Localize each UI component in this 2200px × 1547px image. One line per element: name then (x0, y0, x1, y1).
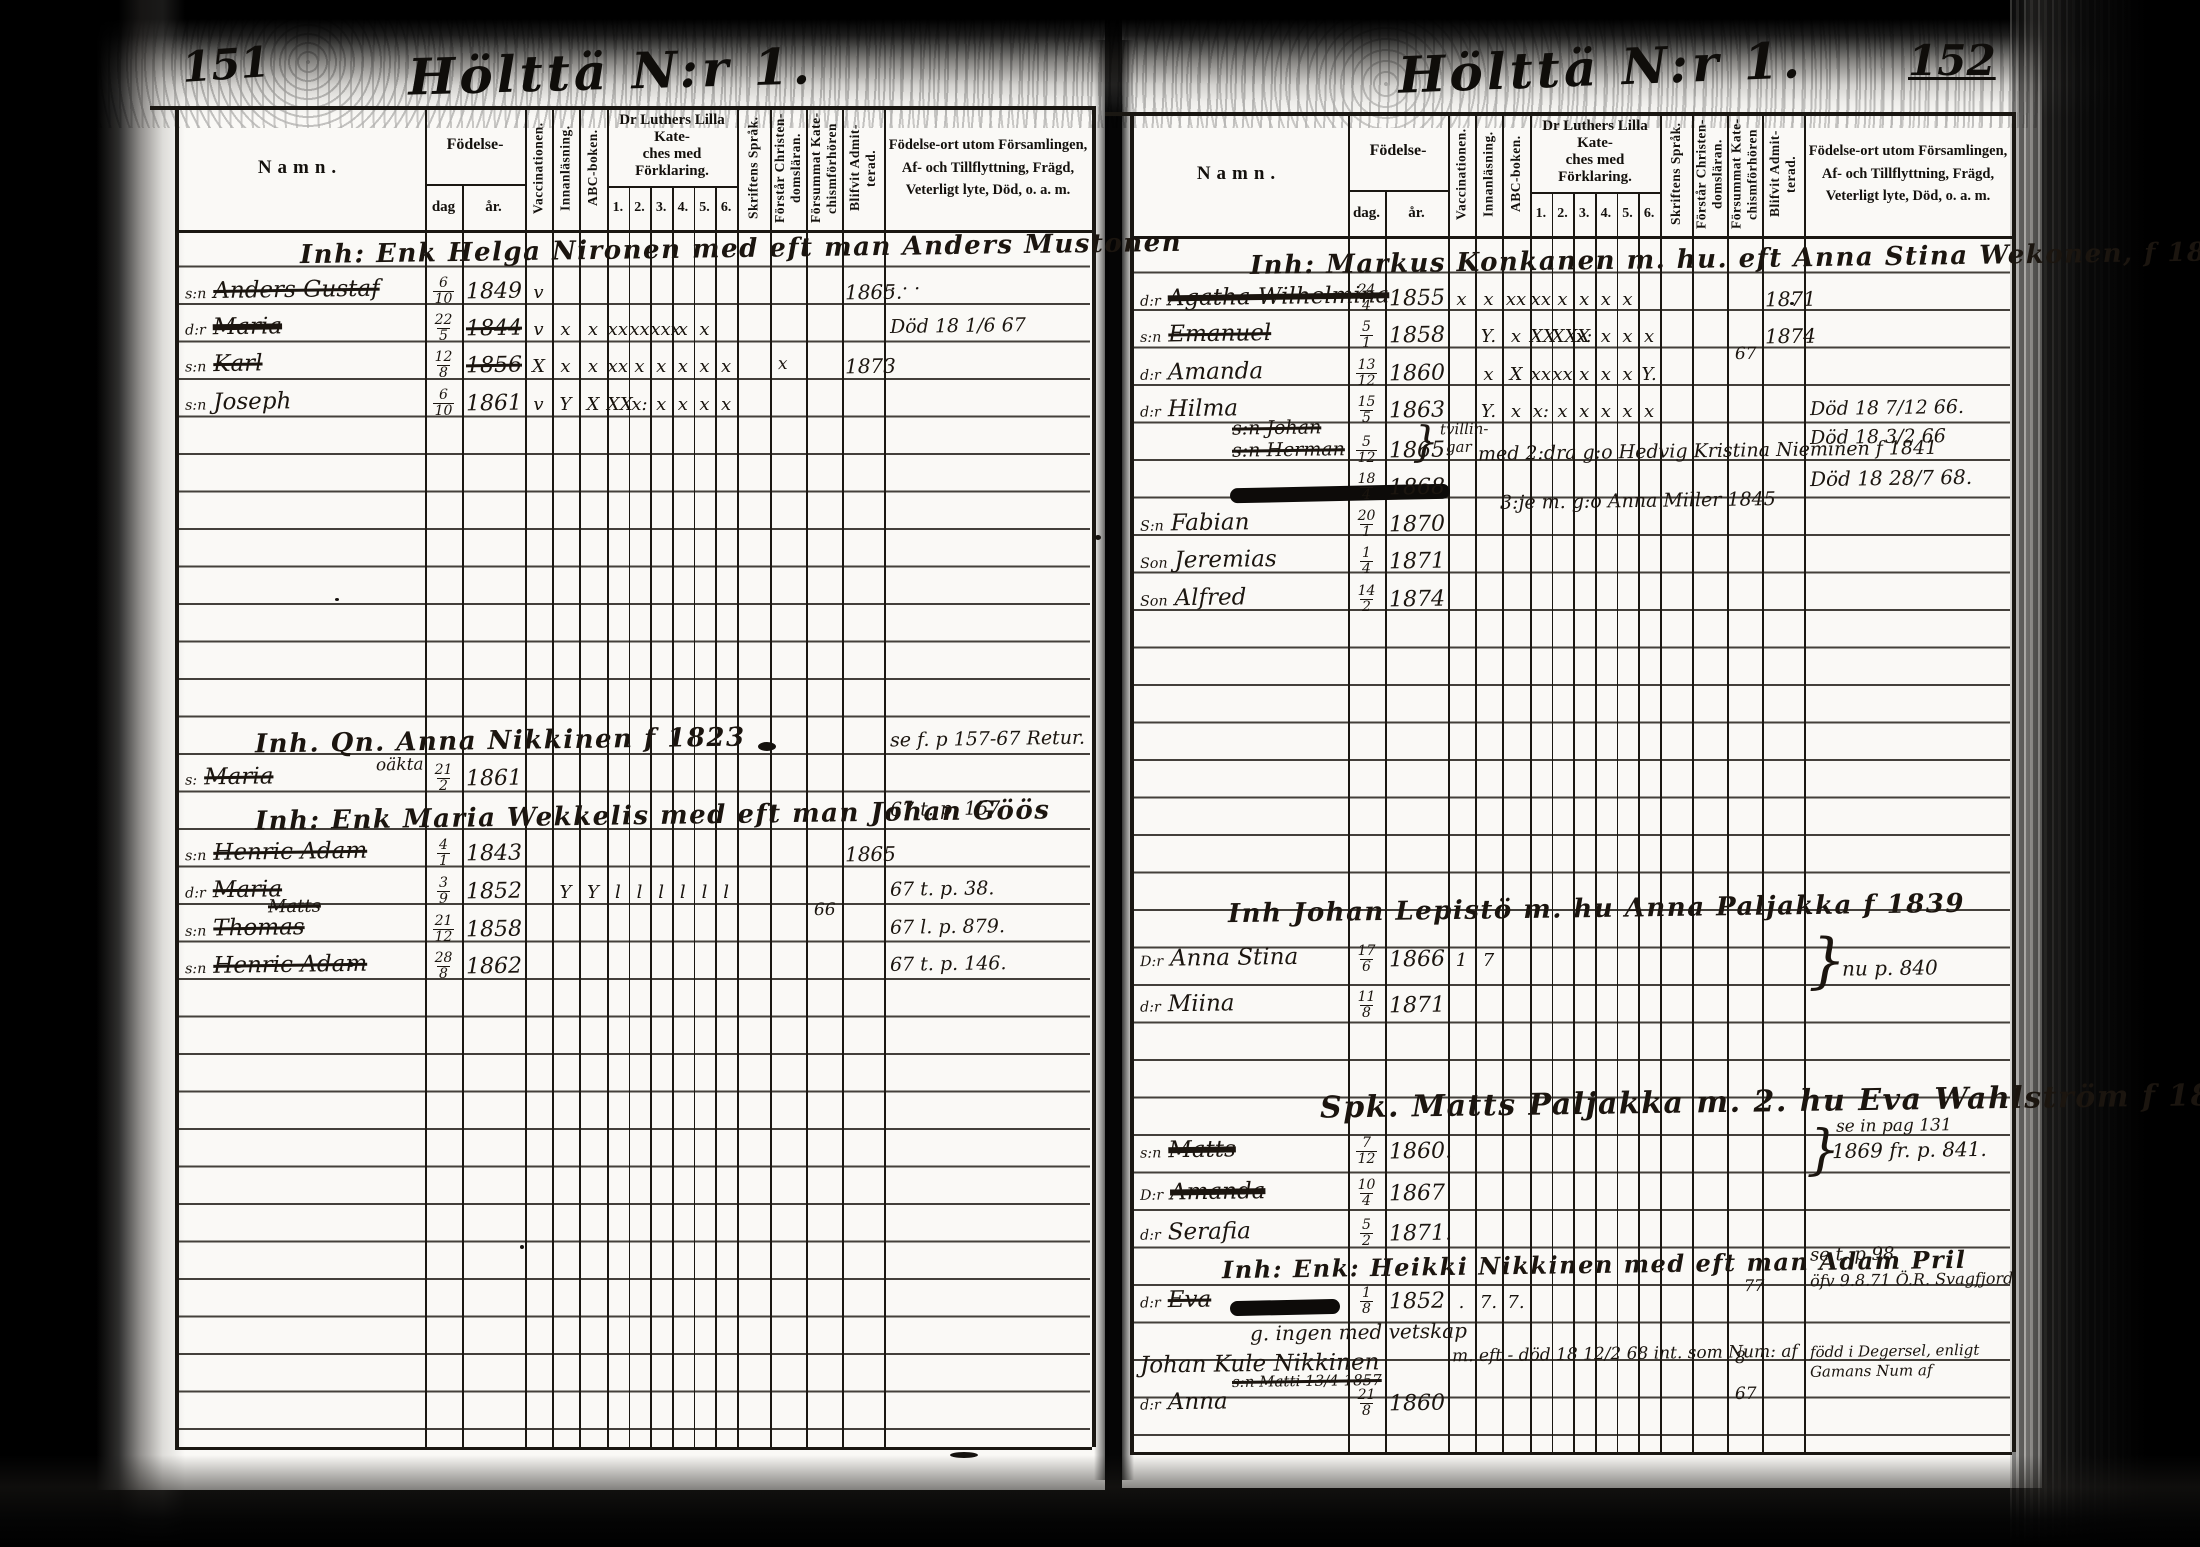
mark: x (650, 394, 672, 415)
mark: X (1502, 364, 1530, 385)
birth-year: 1871 (1389, 550, 1445, 574)
person-row-name: D:rAnna Stina (1140, 945, 1299, 971)
mark: 1 (1448, 950, 1475, 971)
annotation: tvillin- (1440, 422, 1489, 438)
mark: x (715, 356, 737, 377)
mark: Y (579, 882, 607, 903)
mark: xx (1552, 364, 1574, 385)
left-page-number: 151 (180, 37, 271, 92)
column-header-abc-boken: ABC-boken. (579, 106, 607, 230)
table-rule-vertical (2012, 112, 2016, 1452)
mark: l (607, 882, 629, 903)
mark: Y. (1638, 364, 1660, 385)
mark: x: (1530, 401, 1552, 422)
column-header-kateches-4: 4. (1595, 192, 1617, 236)
person-row-name: s:nKarl (185, 351, 263, 376)
mark: x (1502, 401, 1530, 422)
lesson-marks: vxxxxxxxxxxx (525, 319, 715, 340)
person-row-name: s:nMatts (1140, 1137, 1236, 1162)
mark: x (1617, 326, 1639, 347)
column-header-dag: dag (425, 184, 462, 230)
mark: Y (552, 882, 579, 903)
annotation: } (1808, 930, 1847, 994)
ink-speck (758, 742, 776, 751)
person-row-name: s:nEmanuel (1140, 321, 1272, 347)
person-prefix: s:n (185, 397, 207, 413)
mark: x (650, 356, 672, 377)
mark: x (1448, 289, 1475, 310)
column-header-vaccinationen: Vaccinationen. (1448, 112, 1475, 236)
left-page-title: Hölttä N:r 1. (407, 36, 814, 106)
column-header-kateches-2: 2. (629, 186, 651, 230)
person-row-name: d:rMiina (1140, 991, 1235, 1016)
person-prefix: D:r (1140, 1188, 1163, 1204)
mark: xx (607, 356, 629, 377)
column-header-dag: dag. (1348, 190, 1385, 236)
column-header-kateches-3: 3. (650, 186, 672, 230)
birth-day: 14 (1348, 546, 1385, 576)
birth-year: 1852 (1389, 1290, 1445, 1314)
mark: x (552, 356, 579, 377)
person-prefix: Son (1140, 556, 1168, 572)
mark: v (525, 394, 552, 415)
annotation: g. ingen med vetskap (1250, 1320, 1467, 1344)
margin-note: Död 18 28/7 68. (1810, 467, 1972, 490)
person-prefix: d:r (1140, 404, 1161, 420)
person-prefix: d:r (185, 885, 206, 901)
birth-day: 212 (425, 763, 462, 793)
birth-year: 1860 (1389, 362, 1445, 386)
ink-blot (1230, 1299, 1340, 1316)
lesson-marks: vYXXXx:xxxx (525, 394, 737, 415)
row-note: · · · (890, 280, 920, 300)
mark: XX (1530, 326, 1552, 347)
mark: x (629, 356, 651, 377)
annotation: oäkta (376, 757, 424, 776)
person-name: Thomas (213, 914, 305, 941)
birth-year: 1866 (1389, 948, 1445, 972)
mark: x (672, 394, 694, 415)
birth-day: 41 (425, 838, 462, 868)
person-name: Amanda (1168, 358, 1264, 385)
mark: x (672, 319, 694, 340)
mark: xx (1530, 289, 1552, 310)
person-row-name: s:nJoseph (185, 389, 292, 415)
birth-year: 1860. (1389, 1140, 1452, 1164)
birth-year: 1862 (466, 955, 522, 979)
mark: x (1552, 289, 1574, 310)
mark: 7. (1502, 1292, 1530, 1313)
column-header-skriftens-sprak: Skriftens Språk. (737, 106, 770, 230)
mark: xx (607, 319, 629, 340)
person-name: Jeremias (1174, 546, 1276, 573)
birth-year: 1860 (1389, 1392, 1445, 1416)
lesson-marks: xxxxxxxxxx (1448, 289, 1638, 310)
person-name: Karl (213, 350, 263, 377)
birth-day: 18 (1348, 1286, 1385, 1316)
admitted-year: 1874 (1765, 326, 1816, 348)
person-name: Henric Adam (213, 951, 367, 979)
lesson-marks: .7.7. (1448, 1292, 1530, 1313)
mark (1448, 401, 1475, 422)
person-row-name: SonJeremias (1140, 547, 1277, 573)
person-row-name: D:rAmanda (1140, 1179, 1266, 1205)
mark: XX (607, 394, 629, 415)
mark: Y (552, 394, 579, 415)
table-rule-horizontal (175, 1447, 1092, 1450)
birth-year: 1868 (1389, 476, 1445, 500)
margin-note: Död 18 3/2 66 (1810, 427, 1946, 449)
person-name: Eva (1168, 1287, 1212, 1314)
column-header-fodelse: Födelse- (425, 106, 525, 184)
mark: x (1573, 289, 1595, 310)
ink-speck (950, 1452, 978, 1458)
person-prefix: Son (1140, 593, 1168, 609)
row-note: 67 t. p. 146. (890, 954, 1007, 976)
mark: x (1595, 401, 1617, 422)
person-prefix: s:n (185, 848, 207, 864)
person-row-name: s:nHenric Adam (185, 839, 368, 866)
lesson-marks: YYllllll (525, 882, 737, 903)
birth-day: 118 (1348, 990, 1385, 1020)
column-header-innanlasning: Innanläsning. (552, 106, 579, 230)
mark: x (1595, 326, 1617, 347)
column-header-innanlasning: Innanläsning. (1475, 112, 1502, 236)
mark: XXX (1552, 326, 1574, 347)
mark: x (1638, 401, 1660, 422)
person-name: Alfred (1174, 584, 1246, 611)
column-header-kateches-5: 5. (1617, 192, 1639, 236)
mark: v (525, 319, 552, 340)
birth-day: 288 (425, 951, 462, 981)
lesson-marks: v (525, 282, 552, 303)
table-rule-vertical (1092, 106, 1096, 1447)
person-name: Matts (1168, 1136, 1236, 1163)
annotation: 77 (1744, 1278, 1765, 1295)
mark: 7 (1475, 950, 1502, 971)
birth-year: 1858 (466, 918, 522, 942)
annotation: se in pag 131 (1836, 1117, 1952, 1136)
mark: . (1448, 1292, 1475, 1313)
mark: x (1475, 289, 1502, 310)
birth-day: 244 (1348, 283, 1385, 313)
birth-day: 2112 (425, 914, 462, 944)
mark: xx (1502, 289, 1530, 310)
mark (1448, 364, 1475, 385)
ink-speck (335, 598, 339, 601)
admitted-year: 1865 (845, 844, 896, 866)
column-header-forsummat-katechismforhoren: Försummat Kate- chismförhören (806, 106, 842, 230)
column-header-forsummat-katechismforhoren: Försummat Kate- chismförhören (1727, 112, 1762, 236)
person-name: Emanuel (1168, 320, 1271, 347)
mark: l (650, 882, 672, 903)
lesson-marks: Xxxxxxxxxx (525, 356, 737, 377)
birth-day: 52 (1348, 1218, 1385, 1248)
birth-day: 128 (425, 350, 462, 380)
column-header-blifvit-admitterad: Blifvit Admit- terad. (842, 106, 884, 230)
column-header-vaccinationen: Vaccinationen. (525, 106, 552, 230)
column-header-fodelseort-notes: Födelse-ort utom Församlingen, Af- och T… (1804, 112, 2012, 236)
mark: xx (1530, 364, 1552, 385)
column-mark: 66 (814, 902, 836, 920)
row-note: Död 18 1/6 67 (890, 316, 1026, 338)
birth-year: 1861 (466, 767, 522, 791)
column-header-kateches-4: 4. (672, 186, 694, 230)
birth-year: 1874 (1389, 588, 1445, 612)
birth-day: 218 (1348, 1388, 1385, 1418)
mark: x (694, 319, 716, 340)
person-row-name: s:nHenric Adam (185, 952, 368, 979)
column-header-kateches-6: 6. (1638, 192, 1660, 236)
margin-note: se f. p 157-67 Retur. (890, 729, 1085, 752)
mark: x (1595, 289, 1617, 310)
mark: x: (629, 394, 651, 415)
column-header-skriftens-sprak: Skriftens Språk. (1660, 112, 1692, 236)
person-row-name: d:rAnna (1140, 1389, 1228, 1414)
lesson-marks: 17 (1448, 950, 1502, 971)
row-note: 67 t. p. 38. (890, 879, 995, 900)
person-row-name: d:rAmanda (1140, 359, 1263, 385)
right-page-number: 152 (1908, 36, 1996, 85)
person-prefix: D:r (1140, 954, 1163, 970)
mark: l (694, 882, 716, 903)
column-header-kateches-5: 5. (694, 186, 716, 230)
mark: l (672, 882, 694, 903)
annotation: 1869 fr. p. 841. (1832, 1139, 1987, 1162)
person-name: Maria (213, 313, 283, 340)
column-header-kateches-6: 6. (715, 186, 737, 230)
column-header-fodelseort-notes: Födelse-ort utom Församlingen, Af- och T… (884, 106, 1092, 230)
mark: x (579, 356, 607, 377)
column-header-kateches-1: 1. (1530, 192, 1552, 236)
person-prefix: s:n (185, 961, 207, 977)
person-row-name: s:nAnders Gustaf (185, 277, 380, 304)
birth-year: 1867 (1389, 1182, 1445, 1206)
person-row-name: s:Maria (185, 764, 274, 789)
person-prefix: s:n (185, 924, 207, 940)
mark: x (1552, 401, 1574, 422)
person-row-name: d:rMaria (185, 314, 282, 339)
column-header-forstar-christendomslaran: Förstår Christen- domsläran. (770, 106, 806, 230)
margin-note: se t. p 98 (1810, 1245, 1895, 1265)
ink-speck (1095, 535, 1101, 540)
person-prefix: s:n (185, 286, 207, 302)
person-prefix: d:r (1140, 1227, 1161, 1243)
birth-year: 1856 (466, 354, 522, 378)
person-prefix: d:r (185, 322, 206, 338)
person-prefix: s:n (1140, 330, 1162, 346)
annotation: gar (1446, 440, 1472, 456)
person-name: Miina (1168, 990, 1235, 1017)
annotation: s:n Johan (1232, 418, 1322, 439)
birth-day: 610 (425, 388, 462, 418)
person-name: Anna Stina (1170, 944, 1298, 972)
mark: x (1475, 364, 1502, 385)
person-prefix: d:r (1140, 999, 1161, 1015)
birth-day: 39 (425, 876, 462, 906)
column-header-fodelse: Födelse- (1348, 112, 1448, 190)
lesson-marks: Y.xXXXXXx:xxx (1448, 326, 1660, 347)
column-header-abc-boken: ABC-boken. (1502, 112, 1530, 236)
mark: xxx (650, 319, 672, 340)
annotation: 3:je m. g:o Anna Miller 1845 (1500, 490, 1776, 514)
mark: x (579, 319, 607, 340)
scanned-book-spread: Namn.Födelse-dagår.Vaccinationen.Innanlä… (0, 0, 2200, 1547)
person-name: Joseph (213, 388, 291, 415)
mark: x (1502, 326, 1530, 347)
annotation: s:n Herman (1232, 440, 1345, 462)
column-mark: 67 (1735, 346, 1757, 364)
birth-year: 1871 (1389, 994, 1445, 1018)
column-mark: 8 (1735, 1350, 1746, 1368)
person-prefix: d:r (1140, 1397, 1161, 1413)
person-name: Maria (204, 763, 274, 790)
person-name: Fabian (1171, 509, 1250, 536)
birth-year: 1844 (466, 317, 522, 341)
birth-year: 1849 (466, 280, 522, 304)
column-header-kateches-2: 2. (1552, 192, 1574, 236)
birth-year: 1843 (466, 842, 522, 866)
mark: x (1573, 401, 1595, 422)
column-header-blifvit-admitterad: Blifvit Admit- terad. (1762, 112, 1804, 236)
person-name: Amanda (1170, 1178, 1266, 1205)
person-prefix: s:n (1140, 1145, 1162, 1161)
column-header-kateches-3: 3. (1573, 192, 1595, 236)
birth-year: 1858 (1389, 324, 1445, 348)
person-prefix: d:r (1140, 293, 1161, 309)
admitted-year: 1873 (845, 356, 896, 378)
row-note: Död 18 7/12 66. (1810, 398, 1964, 420)
birth-year: 1861 (466, 392, 522, 416)
column-header-kateches-1: 1. (607, 186, 629, 230)
birth-day: 1312 (1348, 358, 1385, 388)
mark (1448, 326, 1475, 347)
ink-speck (348, 962, 354, 967)
family-header-entry: Inh. Qn. Anna Nikkinen f 1823 (255, 725, 746, 759)
person-row-name: s:nThomas (185, 915, 305, 941)
birth-day: 184 (1348, 472, 1385, 502)
birth-year: 1865 (1389, 439, 1445, 463)
column-header-ar: år. (462, 184, 525, 230)
admitted-year: 1871 (1765, 289, 1816, 311)
column-header-kateches: Dr Luthers Lilla Kate- ches med Förklari… (1530, 112, 1660, 192)
lesson-marks: xXxxxxxxxY. (1448, 364, 1660, 385)
mark: x (1617, 364, 1639, 385)
annotation: nu p. 840 (1842, 957, 1938, 979)
column-header-kateches: Dr Luthers Lilla Kate- ches med Förklari… (607, 106, 737, 186)
person-row-name: S:nFabian (1140, 510, 1250, 536)
person-prefix: s: (185, 772, 197, 788)
mark: x (715, 394, 737, 415)
mark: l (629, 882, 651, 903)
mark: x (672, 356, 694, 377)
person-prefix: d:r (1140, 368, 1161, 384)
birth-day: 176 (1348, 944, 1385, 974)
mark: l (715, 882, 737, 903)
column-header-ar: år. (1385, 190, 1448, 236)
mark: v (525, 282, 552, 303)
column-mark: x (778, 356, 788, 374)
person-name: Anna (1168, 1388, 1228, 1415)
birth-day: 201 (1348, 509, 1385, 539)
mark: x (1595, 364, 1617, 385)
mark (525, 882, 552, 903)
ink-speck (520, 1245, 524, 1249)
birth-year: 1870 (1389, 513, 1445, 537)
mark: x: (1573, 326, 1595, 347)
mark: x (1638, 326, 1660, 347)
mark: x (694, 356, 716, 377)
person-row-name: d:rHilma (1140, 396, 1238, 422)
column-mark: 67 (1735, 1386, 1757, 1404)
birth-day: 712 (1348, 1136, 1385, 1166)
column-header-namn: Namn. (175, 106, 425, 230)
person-prefix: d:r (1140, 1295, 1161, 1311)
ink-speck (1790, 302, 1794, 305)
birth-year: 1852 (466, 880, 522, 904)
margin-note: öfv 9.8.71 Ö.R. Svagfjord (1810, 1271, 2014, 1291)
birth-day: 512 (1348, 435, 1385, 465)
person-name: Anders Gustaf (213, 276, 380, 304)
person-name: Henric Adam (213, 838, 367, 866)
birth-day: 610 (425, 276, 462, 306)
margin-note: Gamans Num af (1810, 1363, 1933, 1380)
mark: x (1617, 289, 1639, 310)
birth-day: 104 (1348, 1178, 1385, 1208)
birth-day: 142 (1348, 584, 1385, 614)
mark: X (525, 356, 552, 377)
mark: X (579, 394, 607, 415)
mark: x (694, 394, 716, 415)
column-header-namn: Namn. (1130, 112, 1348, 236)
mark: 7. (1475, 1292, 1502, 1313)
birth-day: 51 (1348, 320, 1385, 350)
person-name: Hilma (1168, 395, 1239, 422)
person-row-name: SonAlfred (1140, 585, 1247, 611)
birth-day: 225 (425, 313, 462, 343)
person-prefix: S:n (1140, 518, 1164, 534)
row-note: 67 l. p. 879. (890, 917, 1005, 939)
mark: Y. (1475, 326, 1502, 347)
person-row-name: d:rSerafia (1140, 1219, 1251, 1245)
mark: x (552, 319, 579, 340)
table-rule-horizontal (1130, 1452, 2012, 1455)
birth-day: 155 (1348, 395, 1385, 425)
margin-note: född i Degersel, enligt (1810, 1343, 1980, 1361)
mark: x (1617, 401, 1639, 422)
person-name: Serafia (1168, 1218, 1251, 1245)
birth-year: 1871. (1389, 1222, 1452, 1246)
mark: xx (629, 319, 651, 340)
birth-year: 1855 (1389, 287, 1445, 311)
mark: x (1573, 364, 1595, 385)
person-row-name: d:rEva (1140, 1288, 1212, 1313)
person-prefix: s:n (185, 359, 207, 375)
column-header-forstar-christendomslaran: Förstår Christen- domsläran. (1692, 112, 1727, 236)
